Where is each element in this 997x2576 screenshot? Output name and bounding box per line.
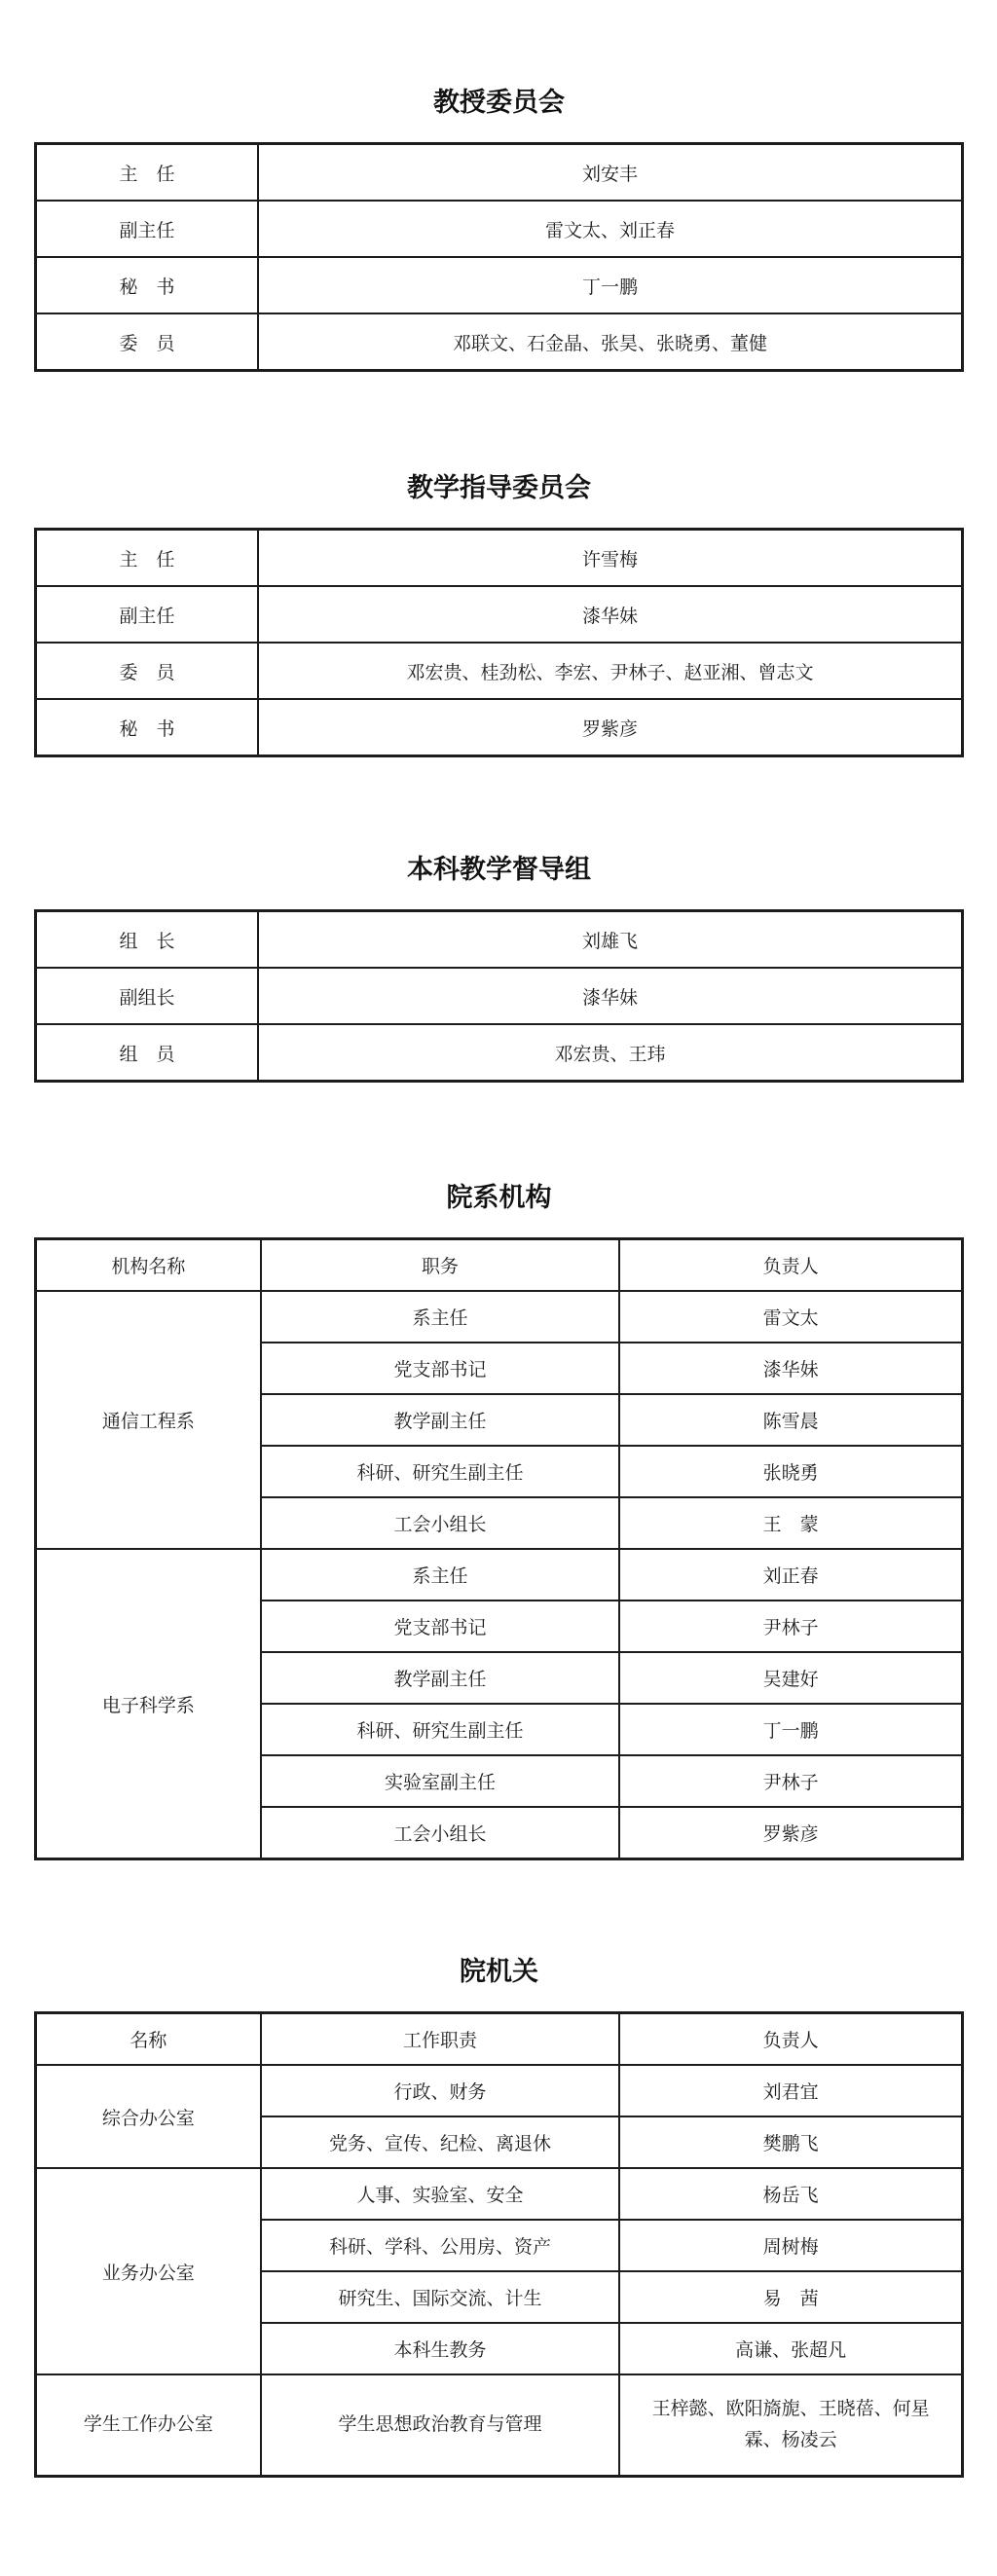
role-value: 刘雄飞 bbox=[258, 911, 963, 969]
person-cell: 刘正春 bbox=[619, 1549, 962, 1601]
position-cell: 党支部书记 bbox=[261, 1343, 619, 1394]
role-label: 主 任 bbox=[36, 530, 258, 587]
table-header-row: 机构名称 职务 负责人 bbox=[36, 1239, 963, 1292]
role-value: 雷文太、刘正春 bbox=[258, 201, 963, 257]
duty-cell: 科研、学科、公用房、资产 bbox=[261, 2220, 619, 2271]
person-cell: 王 蒙 bbox=[619, 1497, 962, 1549]
supervision-group-table: 组 长 刘雄飞 副组长 漆华妹 组 员 邓宏贵、王玮 bbox=[34, 909, 964, 1083]
table-row: 业务办公室 人事、实验室、安全 杨岳飞 bbox=[36, 2168, 963, 2220]
teaching-committee-table: 主 任 许雪梅 副主任 漆华妹 委 员 邓宏贵、桂劲松、李宏、尹林子、赵亚湘、曾… bbox=[34, 528, 964, 757]
office-name-cell: 综合办公室 bbox=[36, 2065, 261, 2168]
document-body: 教授委员会 主 任 刘安丰 副主任 雷文太、刘正春 秘 书 丁一鹏 委 员 bbox=[34, 84, 964, 2478]
table-row: 组 长 刘雄飞 bbox=[36, 911, 963, 969]
offices-table: 名称 工作职责 负责人 综合办公室 行政、财务 刘君宜 党务、宣传、纪检、离退休… bbox=[34, 2011, 964, 2478]
person-cell: 刘君宜 bbox=[619, 2065, 962, 2116]
role-label: 组 长 bbox=[36, 911, 258, 969]
role-label: 副组长 bbox=[36, 968, 258, 1024]
position-cell: 科研、研究生副主任 bbox=[261, 1446, 619, 1497]
person-cell: 丁一鹏 bbox=[619, 1704, 962, 1755]
person-cell: 尹林子 bbox=[619, 1755, 962, 1807]
column-header-person: 负责人 bbox=[619, 1239, 962, 1292]
role-label: 委 员 bbox=[36, 643, 258, 699]
column-header-office-name: 名称 bbox=[36, 2013, 261, 2066]
position-cell: 系主任 bbox=[261, 1291, 619, 1343]
section-offices: 院机关 名称 工作职责 负责人 综合办公室 行政、财务 刘君宜 党务、宣传、纪检… bbox=[34, 1953, 964, 2478]
person-cell: 杨岳飞 bbox=[619, 2168, 962, 2220]
role-label: 副主任 bbox=[36, 201, 258, 257]
section-title-offices: 院机关 bbox=[34, 1953, 964, 1990]
section-title-teaching-committee: 教学指导委员会 bbox=[34, 469, 964, 506]
table-row: 秘 书 丁一鹏 bbox=[36, 257, 963, 313]
person-cell: 罗紫彦 bbox=[619, 1807, 962, 1859]
departments-table: 机构名称 职务 负责人 通信工程系 系主任 雷文太 党支部书记 漆华妹 教学副主… bbox=[34, 1237, 964, 1860]
table-header-row: 名称 工作职责 负责人 bbox=[36, 2013, 963, 2066]
role-label: 委 员 bbox=[36, 313, 258, 371]
role-label: 主 任 bbox=[36, 144, 258, 202]
position-cell: 教学副主任 bbox=[261, 1652, 619, 1704]
column-header-org-name: 机构名称 bbox=[36, 1239, 261, 1292]
table-row: 副组长 漆华妹 bbox=[36, 968, 963, 1024]
role-value: 丁一鹏 bbox=[258, 257, 963, 313]
duty-cell: 党务、宣传、纪检、离退休 bbox=[261, 2116, 619, 2168]
column-header-duty: 工作职责 bbox=[261, 2013, 619, 2066]
section-title-supervision-group: 本科教学督导组 bbox=[34, 851, 964, 888]
org-name-cell: 通信工程系 bbox=[36, 1291, 261, 1549]
person-cell: 张晓勇 bbox=[619, 1446, 962, 1497]
role-value: 刘安丰 bbox=[258, 144, 963, 202]
role-value: 邓联文、石金晶、张昊、张晓勇、董健 bbox=[258, 313, 963, 371]
position-cell: 工会小组长 bbox=[261, 1807, 619, 1859]
position-cell: 教学副主任 bbox=[261, 1394, 619, 1446]
person-cell: 高谦、张超凡 bbox=[619, 2323, 962, 2374]
position-cell: 党支部书记 bbox=[261, 1601, 619, 1652]
position-cell: 系主任 bbox=[261, 1549, 619, 1601]
duty-cell: 本科生教务 bbox=[261, 2323, 619, 2374]
role-label: 副主任 bbox=[36, 586, 258, 643]
table-row: 通信工程系 系主任 雷文太 bbox=[36, 1291, 963, 1343]
position-cell: 工会小组长 bbox=[261, 1497, 619, 1549]
role-value: 罗紫彦 bbox=[258, 699, 963, 756]
table-row: 副主任 漆华妹 bbox=[36, 586, 963, 643]
section-professor-committee: 教授委员会 主 任 刘安丰 副主任 雷文太、刘正春 秘 书 丁一鹏 委 员 bbox=[34, 84, 964, 372]
section-title-professor-committee: 教授委员会 bbox=[34, 84, 964, 121]
person-cell: 漆华妹 bbox=[619, 1343, 962, 1394]
office-name-cell: 学生工作办公室 bbox=[36, 2374, 261, 2477]
position-cell: 科研、研究生副主任 bbox=[261, 1704, 619, 1755]
table-row: 主 任 刘安丰 bbox=[36, 144, 963, 202]
table-row: 组 员 邓宏贵、王玮 bbox=[36, 1024, 963, 1082]
role-value: 漆华妹 bbox=[258, 586, 963, 643]
duty-cell: 研究生、国际交流、计生 bbox=[261, 2271, 619, 2323]
table-row: 学生工作办公室 学生思想政治教育与管理 王梓懿、欧阳旖旎、王晓蓓、何星霖、杨凌云 bbox=[36, 2374, 963, 2477]
column-header-person: 负责人 bbox=[619, 2013, 962, 2066]
position-cell: 实验室副主任 bbox=[261, 1755, 619, 1807]
role-label: 秘 书 bbox=[36, 699, 258, 756]
role-value: 漆华妹 bbox=[258, 968, 963, 1024]
column-header-position: 职务 bbox=[261, 1239, 619, 1292]
section-departments: 院系机构 机构名称 职务 负责人 通信工程系 系主任 雷文太 党支部书记 漆华妹 bbox=[34, 1179, 964, 1860]
table-row: 委 员 邓联文、石金晶、张昊、张晓勇、董健 bbox=[36, 313, 963, 371]
table-row: 电子科学系 系主任 刘正春 bbox=[36, 1549, 963, 1601]
person-cell: 尹林子 bbox=[619, 1601, 962, 1652]
person-cell: 雷文太 bbox=[619, 1291, 962, 1343]
table-row: 秘 书 罗紫彦 bbox=[36, 699, 963, 756]
professor-committee-table: 主 任 刘安丰 副主任 雷文太、刘正春 秘 书 丁一鹏 委 员 邓联文、石金晶、… bbox=[34, 142, 964, 372]
person-cell: 王梓懿、欧阳旖旎、王晓蓓、何星霖、杨凌云 bbox=[619, 2374, 962, 2477]
duty-cell: 人事、实验室、安全 bbox=[261, 2168, 619, 2220]
role-label: 秘 书 bbox=[36, 257, 258, 313]
role-value: 邓宏贵、王玮 bbox=[258, 1024, 963, 1082]
role-value: 许雪梅 bbox=[258, 530, 963, 587]
org-name-cell: 电子科学系 bbox=[36, 1549, 261, 1859]
person-cell: 周树梅 bbox=[619, 2220, 962, 2271]
office-name-cell: 业务办公室 bbox=[36, 2168, 261, 2374]
person-cell: 樊鹏飞 bbox=[619, 2116, 962, 2168]
section-title-departments: 院系机构 bbox=[34, 1179, 964, 1216]
section-teaching-committee: 教学指导委员会 主 任 许雪梅 副主任 漆华妹 委 员 邓宏贵、桂劲松、李宏、尹… bbox=[34, 469, 964, 757]
duty-cell: 行政、财务 bbox=[261, 2065, 619, 2116]
section-supervision-group: 本科教学督导组 组 长 刘雄飞 副组长 漆华妹 组 员 邓宏贵、王玮 bbox=[34, 851, 964, 1083]
role-label: 组 员 bbox=[36, 1024, 258, 1082]
role-value: 邓宏贵、桂劲松、李宏、尹林子、赵亚湘、曾志文 bbox=[258, 643, 963, 699]
duty-cell: 学生思想政治教育与管理 bbox=[261, 2374, 619, 2477]
person-cell: 吴建好 bbox=[619, 1652, 962, 1704]
table-row: 委 员 邓宏贵、桂劲松、李宏、尹林子、赵亚湘、曾志文 bbox=[36, 643, 963, 699]
table-row: 综合办公室 行政、财务 刘君宜 bbox=[36, 2065, 963, 2116]
table-row: 副主任 雷文太、刘正春 bbox=[36, 201, 963, 257]
table-row: 主 任 许雪梅 bbox=[36, 530, 963, 587]
person-cell: 陈雪晨 bbox=[619, 1394, 962, 1446]
person-cell: 易 茜 bbox=[619, 2271, 962, 2323]
